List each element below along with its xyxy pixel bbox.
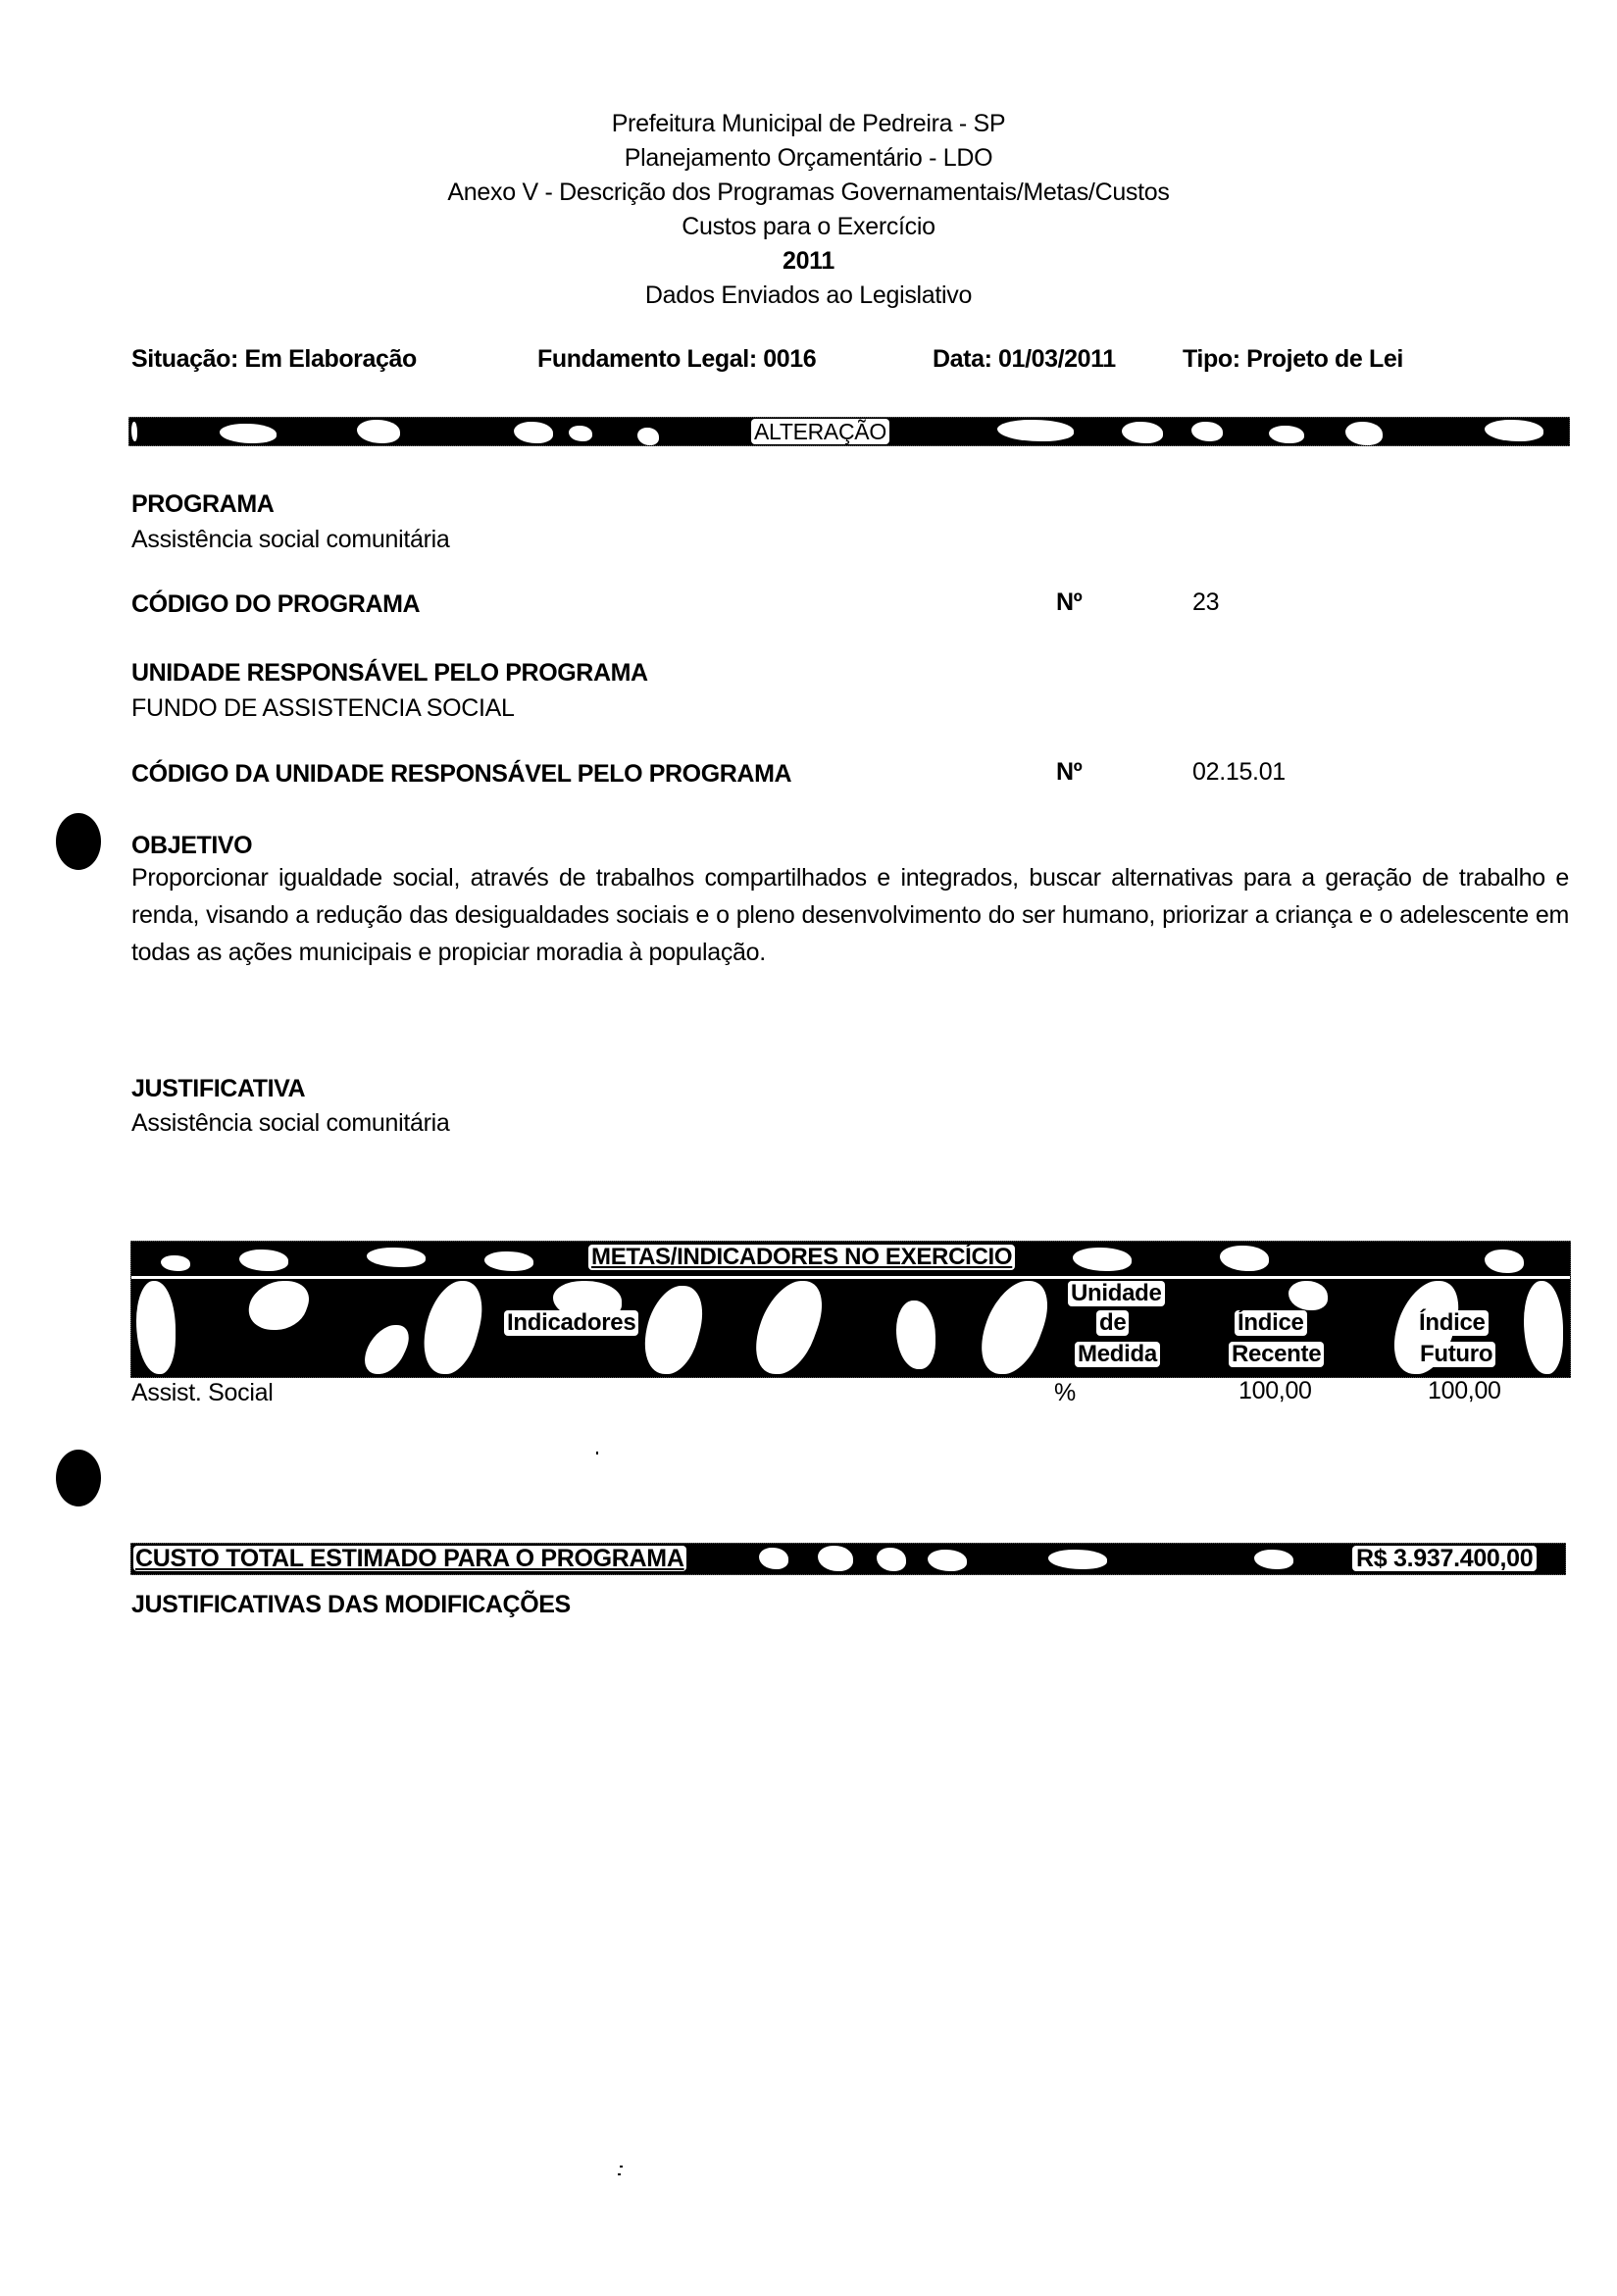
metas-unidade: % — [1054, 1379, 1076, 1407]
metas-col-unidade-line2: de — [1096, 1310, 1129, 1336]
status-tipo: Tipo: Projeto de Lei — [1183, 345, 1403, 374]
metas-col-unidade-line3: Medida — [1075, 1342, 1160, 1367]
justificativa-value: Assistência social comunitária — [131, 1109, 449, 1138]
custo-bar: CUSTO TOTAL ESTIMADO PARA O PROGRAMA R$ … — [130, 1543, 1566, 1575]
custo-label: CUSTO TOTAL ESTIMADO PARA O PROGRAMA — [133, 1546, 686, 1571]
metas-header: METAS/INDICADORES NO EXERCÍCIO Indicador… — [130, 1241, 1571, 1378]
codigo-programa-no-label: Nº — [1056, 588, 1082, 617]
header-year: 2011 — [0, 246, 1617, 276]
codigo-programa-value: 23 — [1192, 588, 1219, 617]
punch-hole-mark — [56, 1450, 101, 1506]
codigo-programa-label: CÓDIGO DO PROGRAMA — [131, 590, 420, 619]
scan-speck — [596, 1452, 598, 1454]
metas-indice-futuro: 100,00 — [1428, 1377, 1501, 1405]
scan-speck — [620, 2166, 623, 2168]
metas-col-recente-line1: Índice — [1235, 1310, 1307, 1336]
metas-indice-recente: 100,00 — [1238, 1377, 1312, 1405]
status-data: Data: 01/03/2011 — [933, 345, 1116, 374]
header-sent: Dados Enviados ao Legislativo — [0, 281, 1617, 310]
status-fundamento: Fundamento Legal: 0016 — [537, 345, 816, 374]
programa-value: Assistência social comunitária — [131, 526, 449, 554]
objetivo-label: OBJETIVO — [131, 832, 252, 860]
punch-hole-mark — [56, 813, 101, 870]
codigo-unidade-label: CÓDIGO DA UNIDADE RESPONSÁVEL PELO PROGR… — [131, 760, 791, 789]
alteracao-bar: ALTERAÇÃO — [128, 417, 1570, 446]
metas-col-indicadores: Indicadores — [504, 1310, 638, 1336]
metas-indicador: Assist. Social — [131, 1379, 273, 1407]
codigo-unidade-no-label: Nº — [1056, 758, 1082, 787]
programa-label: PROGRAMA — [131, 490, 274, 519]
header-costs: Custos para o Exercício — [0, 212, 1617, 241]
unidade-label: UNIDADE RESPONSÁVEL PELO PROGRAMA — [131, 659, 648, 688]
codigo-unidade-value: 02.15.01 — [1192, 758, 1286, 787]
objetivo-text: Proporcionar igualdade social, através d… — [131, 859, 1569, 971]
justificativa-label: JUSTIFICATIVA — [131, 1075, 305, 1103]
scan-speck — [618, 2173, 621, 2175]
header-municipality: Prefeitura Municipal de Pedreira - SP — [0, 109, 1617, 138]
metas-col-futuro-line1: Índice — [1416, 1310, 1489, 1336]
header-planning: Planejamento Orçamentário - LDO — [0, 143, 1617, 173]
justificativas-modificacoes-label: JUSTIFICATIVAS DAS MODIFICAÇÕES — [131, 1591, 571, 1619]
metas-title: METAS/INDICADORES NO EXERCÍCIO — [588, 1245, 1015, 1270]
alteracao-label: ALTERAÇÃO — [751, 419, 889, 444]
header-annex: Anexo V - Descrição dos Programas Govern… — [0, 178, 1617, 207]
metas-col-futuro-line2: Futuro — [1417, 1342, 1495, 1367]
metas-col-recente-line2: Recente — [1229, 1342, 1324, 1367]
unidade-value: FUNDO DE ASSISTENCIA SOCIAL — [131, 694, 515, 723]
metas-col-unidade-line1: Unidade — [1068, 1281, 1165, 1306]
custo-value: R$ 3.937.400,00 — [1352, 1546, 1537, 1571]
status-situacao: Situação: Em Elaboração — [131, 345, 417, 374]
